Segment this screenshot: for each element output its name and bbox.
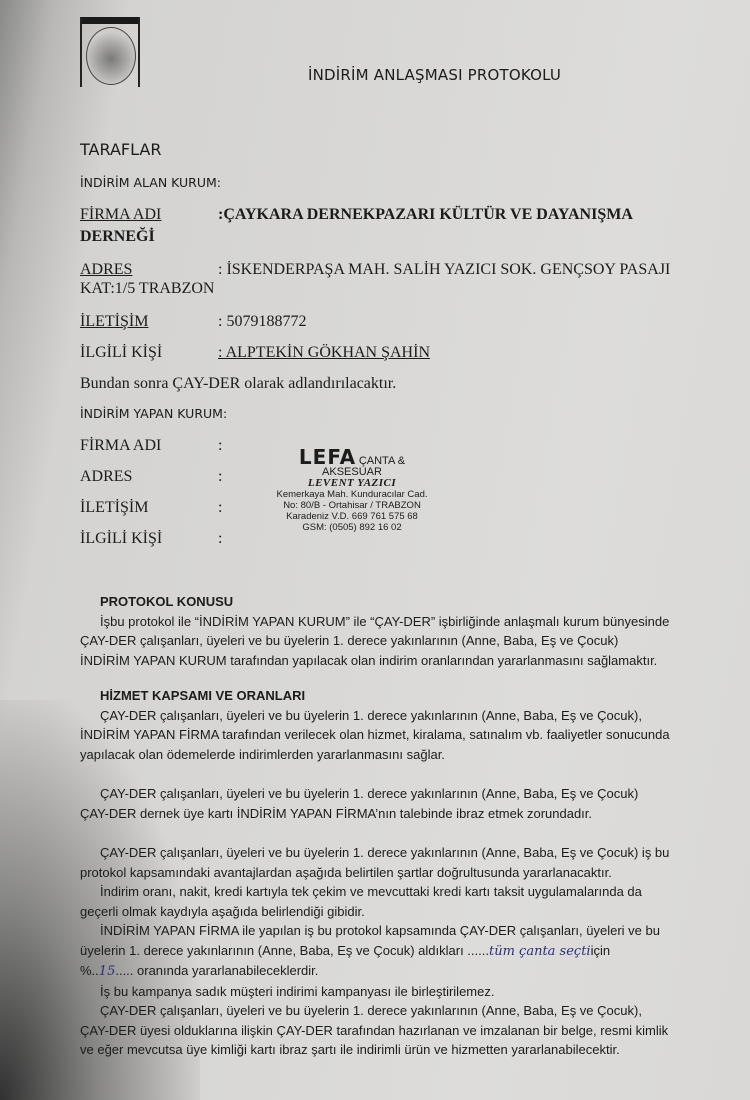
handwritten-discount-rate: 15 [99, 964, 116, 979]
scope-paragraph-2: ÇAY-DER çalışanları, üyeleri ve bu üyele… [80, 784, 670, 823]
document-title: İNDİRİM ANLAŞMASI PROTOKOLU [308, 66, 561, 84]
firma-value-cont: DERNEĞİ [80, 228, 155, 246]
pct-prefix: %.. [80, 963, 99, 978]
ilgili-label: İLGİLİ KİŞİ [80, 344, 218, 362]
adres-label: ADRES [80, 261, 218, 279]
service-scope-section: HİZMET KAPSAMI VE ORANLARI ÇAY-DER çalış… [80, 686, 670, 1060]
scope-paragraph-5: İNDİRİM YAPAN FİRMA ile yapılan iş bu pr… [80, 921, 670, 982]
firma-value: :ÇAYKARA DERNEKPAZARI KÜLTÜR VE DAYANIŞM… [218, 206, 633, 223]
handwritten-product: tüm çanta seçti [489, 944, 591, 959]
colon: : [218, 468, 222, 485]
service-scope-heading: HİZMET KAPSAMI VE ORANLARI [80, 686, 670, 706]
company-stamp: LEFA ÇANTA & AKSESUAR LEVENT YAZICI Keme… [272, 452, 432, 533]
scope-paragraph-3: ÇAY-DER çalışanları, üyeleri ve bu üyele… [80, 843, 670, 882]
scope-paragraph-4: İndirim oranı, nakit, kredi kartıyla tek… [80, 882, 670, 921]
scope-paragraph-6: İş bu kampanya sadık müşteri indirimi ka… [80, 982, 670, 1002]
parties-heading: TARAFLAR [80, 140, 161, 159]
protocol-subject-section: PROTOKOL KONUSU İşbu protokol ile “İNDİR… [80, 592, 670, 670]
receiving-heading: İNDİRİM ALAN KURUM: [80, 175, 221, 190]
giving-heading: İNDİRİM YAPAN KURUM: [80, 406, 227, 421]
scope-p5-text-b: için [591, 943, 611, 958]
giving-ilgili-row: İLGİLİ KİŞİ: [80, 530, 222, 548]
adres-value: : İSKENDERPAŞA MAH. SALİH YAZICI SOK. GE… [218, 261, 670, 278]
colon: : [218, 530, 222, 547]
giving-firma-row: FİRMA ADI: [80, 437, 222, 455]
logo-bar [82, 17, 138, 24]
firma-label: FİRMA ADI [80, 206, 218, 224]
colon: : [218, 499, 222, 516]
iletisim-value: : 5079188772 [218, 313, 306, 330]
giving-firma-label: FİRMA ADI [80, 437, 218, 455]
receiving-ilgili-row: İLGİLİ KİŞİ: ALPTEKİN GÖKHAN ŞAHİN [80, 344, 430, 362]
scope-p5-text-c: ..... oranında yararlanabileceklerdir. [115, 963, 318, 978]
stamp-line: Kemerkaya Mah. Kunduracılar Cad. [272, 489, 432, 500]
colon: : [218, 437, 222, 454]
association-seal-icon [86, 27, 136, 85]
scope-paragraph-1: ÇAY-DER çalışanları, üyeleri ve bu üyele… [80, 706, 670, 765]
stamp-line: Karadeniz V.D. 669 761 575 68 [272, 511, 432, 522]
giving-iletisim-label: İLETİŞİM [80, 499, 218, 517]
ilgili-value: : ALPTEKİN GÖKHAN ŞAHİN [218, 344, 430, 361]
protocol-subject-heading: PROTOKOL KONUSU [80, 592, 670, 612]
receiving-iletisim-row: İLETİŞİM: 5079188772 [80, 313, 306, 331]
iletisim-label: İLETİŞİM [80, 313, 218, 331]
stamp-person: LEVENT YAZICI [272, 478, 432, 489]
protocol-subject-text: İşbu protokol ile “İNDİRİM YAPAN KURUM” … [80, 612, 670, 671]
adres-value-cont: KAT:1/5 TRABZON [80, 280, 214, 298]
giving-adres-label: ADRES [80, 468, 218, 486]
giving-ilgili-label: İLGİLİ KİŞİ [80, 530, 218, 548]
giving-adres-row: ADRES: [80, 468, 222, 486]
giving-iletisim-row: İLETİŞİM: [80, 499, 222, 517]
receiving-adres-row: ADRES: İSKENDERPAŞA MAH. SALİH YAZICI SO… [80, 261, 670, 279]
receiving-firma-row: FİRMA ADI:ÇAYKARA DERNEKPAZARI KÜLTÜR VE… [80, 206, 633, 224]
receiving-note: Bundan sonra ÇAY-DER olarak adlandırılac… [80, 375, 396, 393]
association-logo [80, 17, 140, 87]
stamp-line: GSM: (0505) 892 16 02 [272, 522, 432, 533]
stamp-line: No: 80/B - Ortahisar / TRABZON [272, 500, 432, 511]
scope-paragraph-7: ÇAY-DER çalışanları, üyeleri ve bu üyele… [80, 1001, 670, 1060]
